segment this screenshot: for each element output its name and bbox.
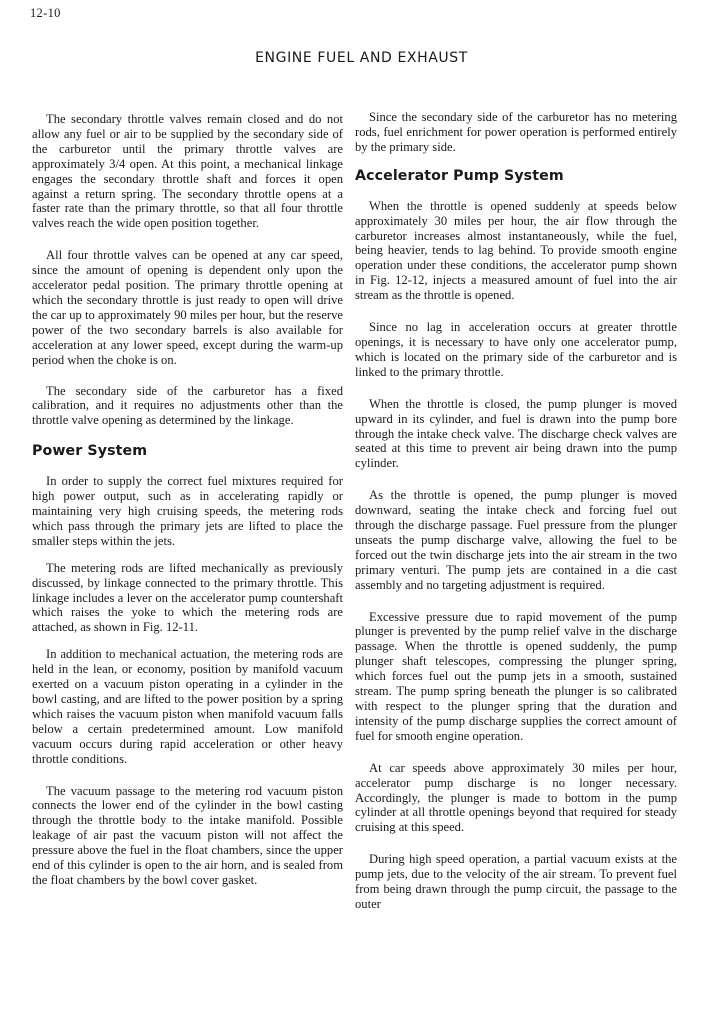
- paragraph-all-four-throttle-valves: All four throttle valves can be opened a…: [32, 248, 343, 367]
- paragraph-excessive-pressure: Excessive pressure due to rapid movement…: [355, 610, 677, 744]
- right-column: Since the secondary side of the carburet…: [355, 110, 677, 929]
- paragraph-high-speed-operation: During high speed operation, a partial v…: [355, 852, 677, 912]
- paragraph-mechanical-actuation: In addition to mechanical actuation, the…: [32, 647, 343, 766]
- paragraph-vacuum-passage: The vacuum passage to the metering rod v…: [32, 784, 343, 888]
- section-heading-power-system: Power System: [32, 442, 343, 460]
- left-column: The secondary throttle valves remain clo…: [32, 112, 343, 905]
- paragraph-throttle-opened: As the throttle is opened, the pump plun…: [355, 488, 677, 592]
- paragraph-fuel-mixtures: In order to supply the correct fuel mixt…: [32, 474, 343, 549]
- section-heading-accelerator-pump-system: Accelerator Pump System: [355, 167, 677, 185]
- paragraph-speeds-above-30: At car speeds above approximately 30 mil…: [355, 761, 677, 836]
- paragraph-no-metering-rods: Since the secondary side of the carburet…: [355, 110, 677, 155]
- page-title: ENGINE FUEL AND EXHAUST: [0, 50, 723, 66]
- page-number: 12-10: [30, 6, 61, 21]
- paragraph-secondary-calibration: The secondary side of the carburetor has…: [32, 384, 343, 429]
- paragraph-throttle-opened-suddenly: When the throttle is opened suddenly at …: [355, 199, 677, 303]
- paragraph-throttle-closed: When the throttle is closed, the pump pl…: [355, 397, 677, 472]
- paragraph-metering-rods-lifted: The metering rods are lifted mechanicall…: [32, 561, 343, 636]
- paragraph-no-lag: Since no lag in acceleration occurs at g…: [355, 320, 677, 380]
- paragraph-secondary-throttle-valves: The secondary throttle valves remain clo…: [32, 112, 343, 231]
